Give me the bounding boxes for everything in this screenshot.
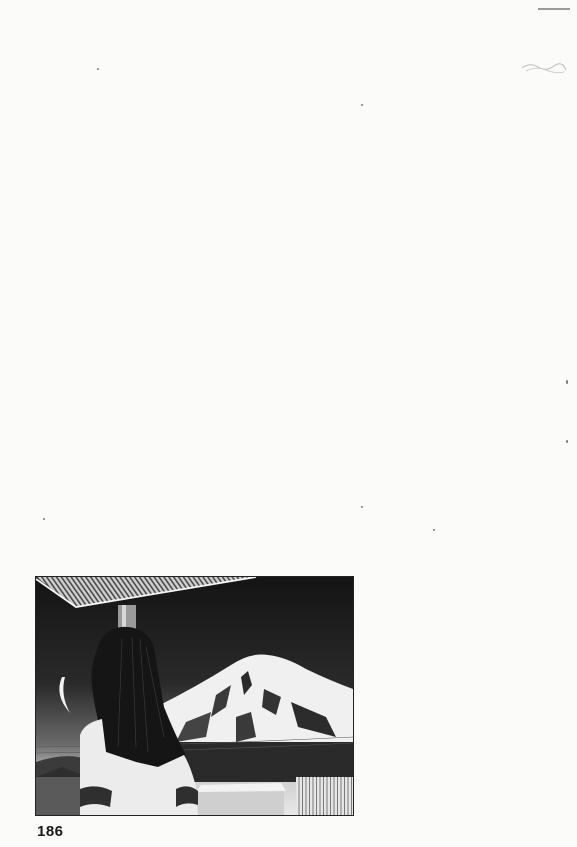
scan-speck	[361, 506, 363, 508]
scan-mark	[538, 8, 570, 10]
corrugated-shed	[296, 777, 353, 815]
scan-speck	[97, 68, 99, 70]
scan-speck	[566, 440, 568, 443]
building-roof	[196, 789, 284, 815]
manga-panel	[35, 576, 354, 816]
scan-speck	[361, 104, 363, 106]
scan-speck	[566, 380, 568, 384]
scan-speck	[433, 529, 435, 531]
page-number: 186	[37, 823, 64, 840]
scan-artifact	[520, 58, 568, 74]
scan-speck	[43, 518, 45, 520]
